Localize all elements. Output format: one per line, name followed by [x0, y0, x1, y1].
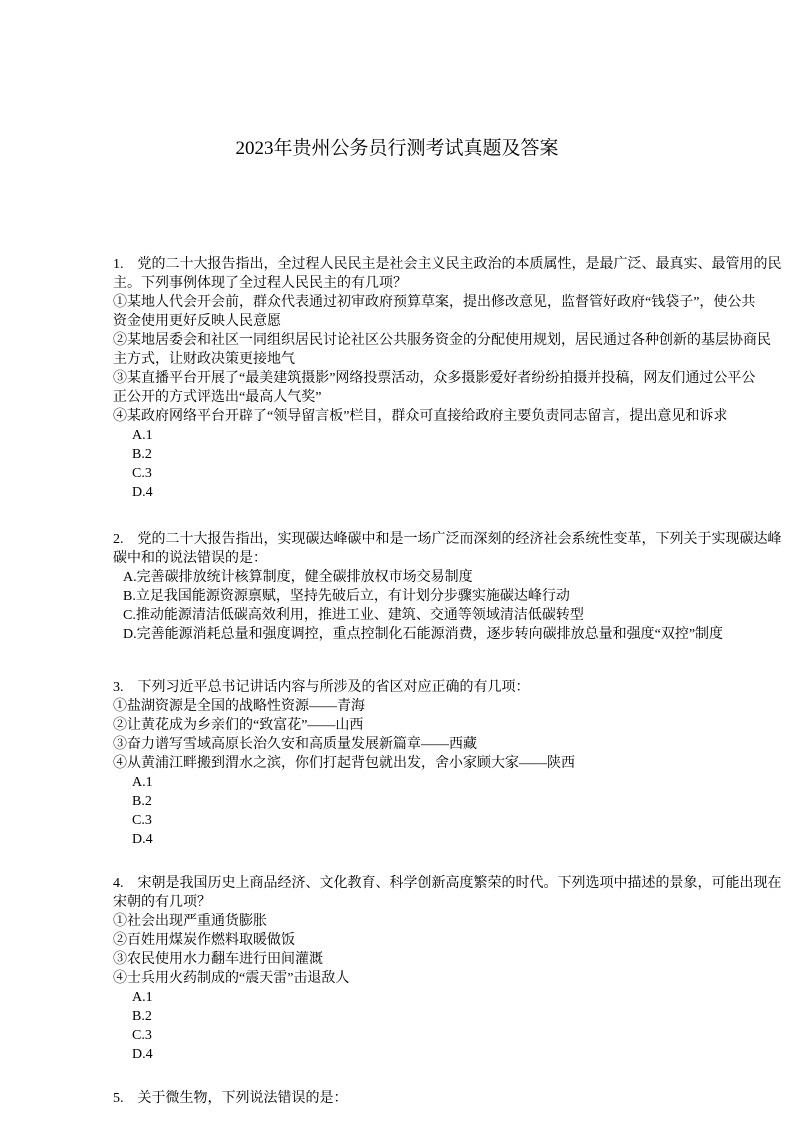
- choice-line: B.立足我国能源资源禀赋，坚持先破后立，有计划分步骤实施碳达峰行动: [113, 587, 791, 606]
- choice-line: C.推动能源清洁低碳高效利用，推进工业、建筑、交通等领域清洁低碳转型: [113, 606, 791, 625]
- question-text-line: 5. 关于微生物，下列说法错误的是：: [113, 1089, 791, 1108]
- choice-line: D.完善能源消耗总量和强度调控，重点控制化石能源消费，逐步转向碳排放总量和强度“…: [113, 625, 791, 644]
- question-text-line: 1. 党的二十大报告指出，全过程人民民主是社会主义民主政治的本质属性，是最广泛、…: [113, 255, 791, 274]
- choice-line: D.4: [113, 483, 791, 502]
- choice-line: D.4: [113, 830, 791, 849]
- choice-line: C.3: [113, 464, 791, 483]
- question-text-line: ③奋力谱写雪域高原长治久安和高质量发展新篇章——西藏: [113, 735, 791, 754]
- document-page: 2023年贵州公务员行测考试真题及答案 1. 党的二十大报告指出，全过程人民民主…: [0, 0, 794, 1122]
- question-text-line: 宋朝的有几项？: [113, 893, 791, 912]
- choice-line: A.完善碳排放统计核算制度，健全碳排放权市场交易制度: [113, 568, 791, 587]
- question-text-line: ①社会出现严重通货膨胀: [113, 912, 791, 931]
- question-text-line: 2. 党的二十大报告指出，实现碳达峰碳中和是一场广泛而深刻的经济社会系统性变革，…: [113, 530, 791, 549]
- question-text-line: 资金使用更好反映人民意愿: [113, 312, 791, 331]
- choice-line: A.1: [113, 988, 791, 1007]
- question-4: 4. 宋朝是我国历史上商品经济、文化教育、科学创新高度繁荣的时代。下列选项中描述…: [113, 874, 791, 1064]
- question-text-line: ①某地人代会开会前，群众代表通过初审政府预算草案，提出修改意见，监督管好政府“钱…: [113, 293, 791, 312]
- question-5: 5. 关于微生物，下列说法错误的是：: [113, 1089, 791, 1108]
- question-text-line: ①盐湖资源是全国的战略性资源——青海: [113, 697, 791, 716]
- question-text-line: ④士兵用火药制成的“震天雷”击退敌人: [113, 969, 791, 988]
- question-3: 3. 下列习近平总书记讲话内容与所涉及的省区对应正确的有几项：①盐湖资源是全国的…: [113, 678, 791, 849]
- question-1: 1. 党的二十大报告指出，全过程人民民主是社会主义民主政治的本质属性，是最广泛、…: [113, 255, 791, 502]
- question-text-line: ④某政府网络平台开辟了“领导留言板”栏目，群众可直接给政府主要负责同志留言，提出…: [113, 407, 791, 426]
- choice-line: B.2: [113, 445, 791, 464]
- question-text-line: ②某地居委会和社区一同组织居民讨论社区公共服务资金的分配使用规划，居民通过各种创…: [113, 331, 791, 350]
- question-text-line: ④从黄浦江畔搬到渭水之滨，你们打起背包就出发，舍小家顾大家——陕西: [113, 754, 791, 773]
- choice-line: B.2: [113, 1007, 791, 1026]
- question-text-line: 碳中和的说法错误的是：: [113, 549, 791, 568]
- question-text-line: 正公开的方式评选出“最高人气奖”: [113, 388, 791, 407]
- question-text-line: ②百姓用煤炭作燃料取暖做饭: [113, 931, 791, 950]
- question-text-line: 主。下列事例体现了全过程人民民主的有几项？: [113, 274, 791, 293]
- question-text-line: ③农民使用水力翻车进行田间灌溉: [113, 950, 791, 969]
- question-text-line: ③某直播平台开展了“最美建筑摄影”网络投票活动，众多摄影爱好者纷纷拍摄并投稿，网…: [113, 369, 791, 388]
- choice-line: A.1: [113, 773, 791, 792]
- choice-line: D.4: [113, 1045, 791, 1064]
- choice-line: A.1: [113, 426, 791, 445]
- choice-line: B.2: [113, 792, 791, 811]
- question-text-line: 3. 下列习近平总书记讲话内容与所涉及的省区对应正确的有几项：: [113, 678, 791, 697]
- choice-line: C.3: [113, 1026, 791, 1045]
- question-text-line: ②让黄花成为乡亲们的“致富花”——山西: [113, 716, 791, 735]
- question-text-line: 4. 宋朝是我国历史上商品经济、文化教育、科学创新高度繁荣的时代。下列选项中描述…: [113, 874, 791, 893]
- document-title: 2023年贵州公务员行测考试真题及答案: [0, 136, 794, 162]
- choice-line: C.3: [113, 811, 791, 830]
- questions-container: 1. 党的二十大报告指出，全过程人民民主是社会主义民主政治的本质属性，是最广泛、…: [113, 255, 791, 1108]
- question-text-line: 主方式，让财政决策更接地气: [113, 350, 791, 369]
- question-2: 2. 党的二十大报告指出，实现碳达峰碳中和是一场广泛而深刻的经济社会系统性变革，…: [113, 530, 791, 644]
